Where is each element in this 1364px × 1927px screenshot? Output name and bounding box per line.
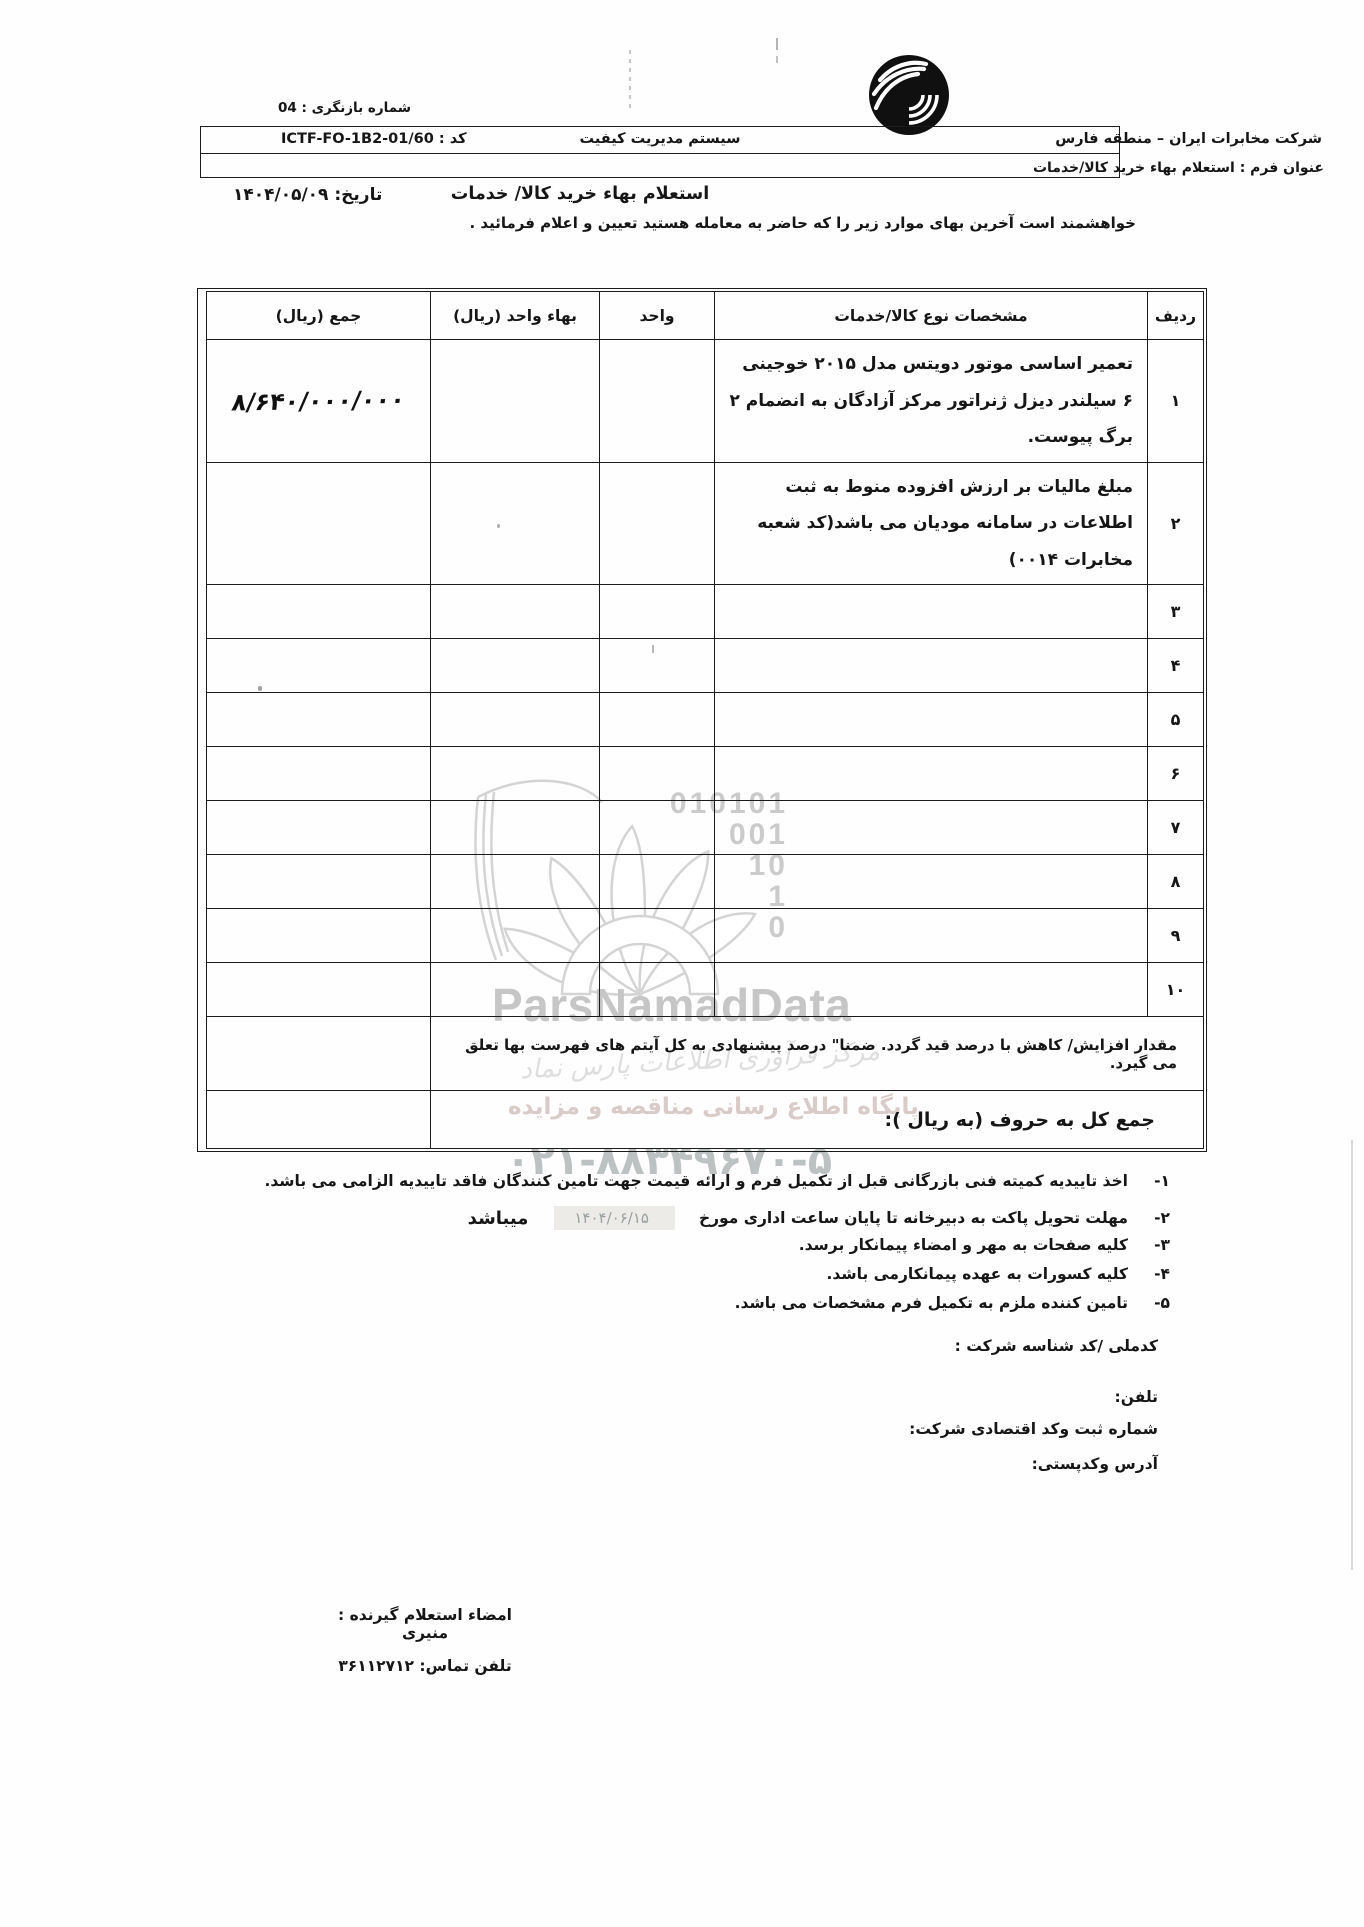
table-row-2: ۲ مبلغ مالیات بر ارزش افزوده منوط به ثبت… [207,462,1204,585]
header-box-row2 [201,154,1119,175]
field-registration: شماره ثبت وکد اقتصادی شرکت: [909,1420,1158,1438]
row-5-no: ۵ [1148,693,1204,747]
row-3-no: ۳ [1148,585,1204,639]
header-box: سیستم مدیریت کیفیت کد : ICTF-FO-1B2-01/6… [200,126,1120,178]
header-box-row1: سیستم مدیریت کیفیت کد : ICTF-FO-1B2-01/6… [201,127,1119,154]
price-inquiry-table: ردیف مشخصات نوع کالا/خدمات واحد بهاء واح… [197,288,1207,1152]
row-9-no: ۹ [1148,909,1204,963]
row-9-description [715,909,1148,963]
table-header-row: ردیف مشخصات نوع کالا/خدمات واحد بهاء واح… [207,292,1204,340]
col-header-total: جمع (ریال) [207,292,431,340]
row-8-total [207,855,431,909]
row-4-description [715,639,1148,693]
table-grand-total-row: جمع کل به حروف (به ریال ): [207,1091,1204,1149]
grand-total-sum-cell [207,1091,431,1149]
row-1-total: ۸/۶۴۰/۰۰۰/۰۰۰ [207,340,431,463]
note-1-number: ۱- [1144,1172,1170,1190]
handwritten-amount: ۸/۶۴۰/۰۰۰/۰۰۰ [230,385,407,416]
row-7-unit-price [431,801,600,855]
note-4-text: کلیه کسورات به عهده پیمانکارمی باشد. [827,1265,1128,1283]
document-date: تاریخ: ۱۴۰۴/۰۵/۰۹ [233,185,382,205]
form-title-label: عنوان فرم : استعلام بهاء خرید کالا/خدمات [1033,160,1324,176]
row-10-description [715,963,1148,1017]
row-4-total [207,639,431,693]
table-row-10: ۱۰ [207,963,1204,1017]
grand-total-in-words-label: جمع کل به حروف (به ریال ): [431,1091,1204,1149]
row-3-unit [600,585,715,639]
note-3-text: کلیه صفحات به مهر و امضاء پیمانکار برسد. [799,1236,1128,1254]
scanned-inquiry-form: 010101 001 10 1 0 ParsNamadData مرکز فرآ… [0,0,1364,1927]
note-2-deadline-date: ۱۴۰۴/۰۶/۱۵ [554,1206,675,1230]
row-7-unit [600,801,715,855]
row-8-description [715,855,1148,909]
row-7-description [715,801,1148,855]
scan-artifact [776,38,778,50]
row-6-unit-price [431,747,600,801]
row-4-unit [600,639,715,693]
row-2-description: مبلغ مالیات بر ارزش افزوده منوط به ثبت ا… [715,462,1148,585]
row-8-no: ۸ [1148,855,1204,909]
table-row-9: ۹ [207,909,1204,963]
row-7-total [207,801,431,855]
table-row-8: ۸ [207,855,1204,909]
row-10-unit [600,963,715,1017]
scan-artifact [629,50,631,108]
col-header-unit-price: بهاء واحد (ریال) [431,292,600,340]
row-9-unit [600,909,715,963]
table-row-1: ۱ تعمیر اساسی موتور دویتس مدل ۲۰۱۵ خوجین… [207,340,1204,463]
note-1-text: اخذ تاییدیه کمیته فنی بازرگانی قبل از تک… [264,1172,1128,1190]
row-3-total [207,585,431,639]
field-address: آدرس وکدپستی: [1032,1455,1158,1473]
revision-number-label: شماره بازنگری : 04 [278,100,411,116]
scan-artifact [776,56,778,63]
row-3-unit-price [431,585,600,639]
row-9-unit-price [431,909,600,963]
row-5-unit-price [431,693,600,747]
note-row-sum-cell [207,1017,431,1091]
row-6-description [715,747,1148,801]
row-6-total [207,747,431,801]
note-2-text: مهلت تحویل پاکت به دبیرخانه تا پایان ساع… [699,1209,1128,1227]
row-8-unit-price [431,855,600,909]
note-3-number: ۳- [1144,1236,1170,1254]
note-4-number: ۴- [1144,1265,1170,1283]
row-1-description: تعمیر اساسی موتور دویتس مدل ۲۰۱۵ خوجینی … [715,340,1148,463]
document-title: استعلام بهاء خرید کالا/ خدمات [430,184,730,204]
table-row-7: ۷ [207,801,1204,855]
note-2-suffix: میباشد [468,1208,529,1229]
row-1-unit [600,340,715,463]
row-1-unit-price [431,340,600,463]
company-name: شرکت مخابرات ایران – منطقه فارس [1055,131,1322,147]
col-header-description: مشخصات نوع کالا/خدمات [715,292,1148,340]
col-header-row-no: ردیف [1148,292,1204,340]
field-national-id: کدملی /کد شناسه شرکت : [955,1337,1158,1355]
note-4: ۴- کلیه کسورات به عهده پیمانکارمی باشد. [827,1265,1170,1283]
instruction-line: خواهشمند است آخرین بهای موارد زیر را که … [470,214,1136,232]
row-3-description [715,585,1148,639]
row-6-no: ۶ [1148,747,1204,801]
table-row-4: ۴ [207,639,1204,693]
note-3: ۳- کلیه صفحات به مهر و امضاء پیمانکار بر… [799,1236,1170,1254]
row-6-unit [600,747,715,801]
row-7-no: ۷ [1148,801,1204,855]
row-4-no: ۴ [1148,639,1204,693]
row-1-no: ۱ [1148,340,1204,463]
table-row-6: ۶ [207,747,1204,801]
col-header-unit: واحد [600,292,715,340]
row-2-total [207,462,431,585]
row-10-total [207,963,431,1017]
percentage-note-text: مقدار افزایش/ کاهش با درصد قید گردد. ضمن… [431,1017,1204,1091]
table-row-5: ۵ [207,693,1204,747]
row-2-unit [600,462,715,585]
note-2: ۲- مهلت تحویل پاکت به دبیرخانه تا پایان … [468,1206,1170,1230]
row-5-description [715,693,1148,747]
row-9-total [207,909,431,963]
signature-block: امضاء استعلام گیرنده : منیری تلفن تماس: … [320,1606,530,1675]
row-10-unit-price [431,963,600,1017]
scan-artifact [1351,1140,1353,1570]
contact-phone: تلفن تماس: ۳۶۱۱۲۷۱۲ [320,1657,530,1675]
form-code-label: کد : ICTF-FO-1B2-01/60 [281,131,467,147]
row-2-no: ۲ [1148,462,1204,585]
table-row-3: ۳ [207,585,1204,639]
note-5-text: تامین کننده ملزم به تکمیل فرم مشخصات می … [735,1294,1128,1312]
note-2-number: ۲- [1144,1209,1170,1227]
row-2-unit-price [431,462,600,585]
row-8-unit [600,855,715,909]
table-note-row: مقدار افزایش/ کاهش با درصد قید گردد. ضمن… [207,1017,1204,1091]
row-4-unit-price [431,639,600,693]
row-10-no: ۱۰ [1148,963,1204,1017]
row-5-unit [600,693,715,747]
row-5-total [207,693,431,747]
field-phone: تلفن: [1115,1388,1158,1406]
note-5-number: ۵- [1144,1294,1170,1312]
inquiry-officer-signature: امضاء استعلام گیرنده : منیری [320,1606,530,1642]
note-1: ۱- اخذ تاییدیه کمیته فنی بازرگانی قبل از… [264,1172,1170,1190]
footer-notes: ۱- اخذ تاییدیه کمیته فنی بازرگانی قبل از… [195,1172,1170,1332]
note-5: ۵- تامین کننده ملزم به تکمیل فرم مشخصات … [735,1294,1170,1312]
